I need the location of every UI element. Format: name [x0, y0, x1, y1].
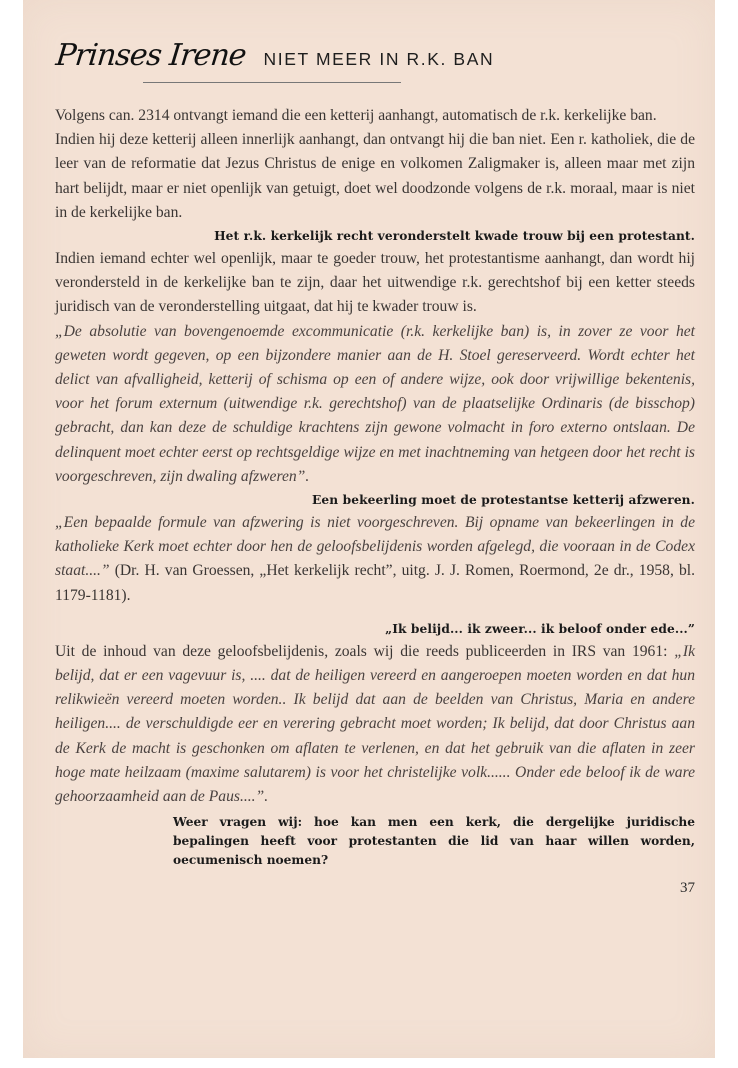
section-heading-1: Het r.k. kerkelijk recht veronderstelt k…	[55, 225, 695, 247]
script-title: Prinses Irene	[54, 38, 247, 73]
section-quote-1: „De absolutie van bovengenoemde excommun…	[55, 320, 695, 489]
caps-title: NIET MEER IN R.K. BAN	[264, 49, 495, 70]
section-heading-3: „Ik belijd... ik zweer... ik beloof onde…	[55, 618, 695, 640]
spacer	[55, 608, 695, 618]
citation-2: (Dr. H. van Groessen, „Het kerkelijk rec…	[55, 562, 695, 603]
article-body: Volgens can. 2314 ontvangt iemand die ee…	[55, 104, 695, 900]
section-quote-3: „Ik belijd, dat er een vagevuur is, ....…	[55, 643, 695, 805]
closing-question: Weer vragen wij: hoe kan men een kerk, d…	[173, 813, 695, 870]
title-underline	[143, 82, 401, 83]
section-heading-2: Een bekeerling moet de protestantse kett…	[55, 489, 695, 511]
book-page: Prinses Irene NIET MEER IN R.K. BAN Volg…	[23, 0, 715, 1058]
page-header: Prinses Irene NIET MEER IN R.K. BAN	[56, 38, 494, 73]
section-body-3-lead: Uit de inhoud van deze geloofsbelijdenis…	[55, 643, 674, 660]
intro-paragraph-2: Indien hij deze ketterij alleen innerlij…	[55, 128, 695, 225]
intro-paragraph-1: Volgens can. 2314 ontvangt iemand die ee…	[55, 104, 695, 128]
section-quote-2-paragraph: „Een bepaalde formule van afzwering is n…	[55, 511, 695, 608]
page-number: 37	[55, 876, 695, 900]
section-body-3: Uit de inhoud van deze geloofsbelijdenis…	[55, 640, 695, 809]
section-body-1: Indien iemand echter wel openlijk, maar …	[55, 247, 695, 320]
